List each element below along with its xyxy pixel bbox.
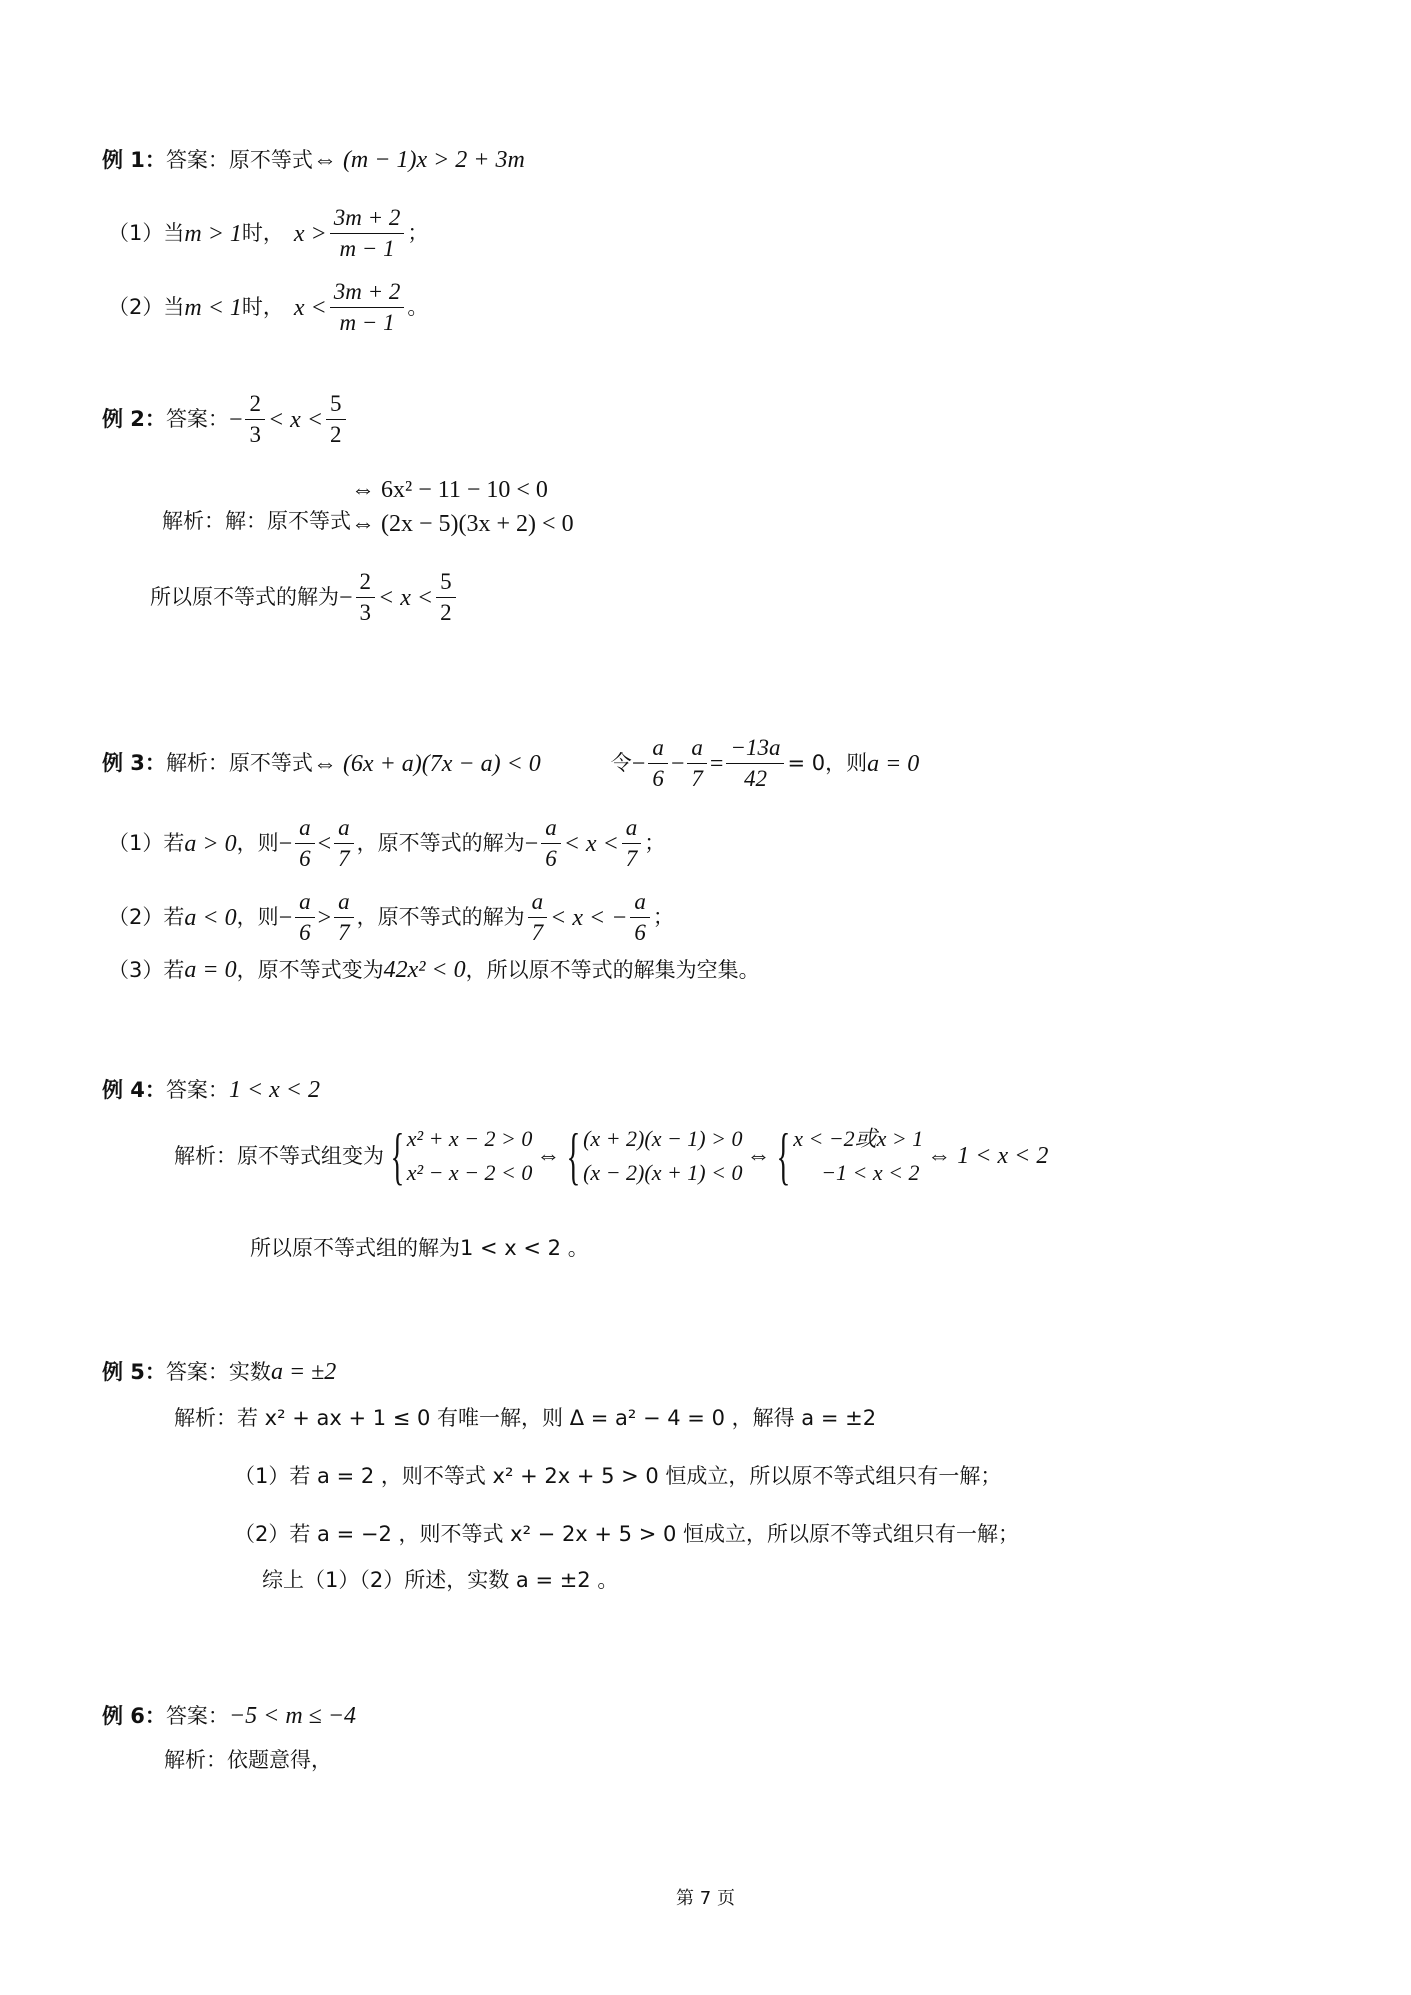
fraction: a6 [541,816,561,871]
let-prefix: 令 [611,753,632,774]
example-2-answer: 例 2： 答案： − 2 3 < x < 5 2 [102,392,349,447]
numerator: −13a [726,736,784,764]
example-5-summary: 综上（1）（2）所述，实数 a = ±2 。 [262,1570,618,1591]
fraction: a 7 [687,736,707,791]
example-4-answer: 例 4： 答案： 1 < x < 2 [102,1078,320,1102]
fraction: 5 2 [436,570,456,625]
brace-icon: { [390,1124,404,1188]
example-5-analysis: 解析：若 x² + ax + 1 ≤ 0 有唯一解，则 Δ = a² − 4 =… [174,1408,876,1429]
equivalence: ⇔ [746,1144,770,1168]
example-label: 例 6： [102,1706,166,1727]
derivation-step: ⇔ (2x − 5)(3x + 2) < 0 [351,512,574,536]
example-4-conclusion: 所以原不等式组的解为1 < x < 2 。 [250,1238,589,1259]
analysis-prefix: 解析：解：原不等式 [162,511,351,532]
example-5-answer: 例 5： 答案：实数 a = ±2 [102,1360,336,1384]
derivation-steps: ⇔ 6x² − 11 − 10 < 0 ⇔ (2x − 5)(3x + 2) <… [351,478,574,536]
summary: 综上（1）（2）所述，实数 a = ±2 。 [262,1570,618,1591]
denominator: 3 [356,598,376,625]
fraction: a7 [334,890,354,945]
numerator: 3m + 2 [330,206,405,234]
answer-prefix: 答案： [166,1080,229,1101]
brace-icon: { [567,1124,581,1188]
equivalence: ⇔ [536,1144,560,1168]
minus-sign: − [632,752,646,776]
denominator: m − 1 [336,234,399,261]
case-text: 时， [242,297,284,318]
condition: m > 1 [184,222,242,246]
condition: a < 0 [184,906,236,930]
case-text: （1）若 a = 2 ，则不等式 x² + 2x + 5 > 0 恒成立，所以原… [234,1466,1001,1487]
denominator: m − 1 [336,308,399,335]
answer-prefix: 答案： [166,1706,229,1727]
numerator: 2 [356,570,376,598]
minus-sign: − [671,752,685,776]
math-expression: < x < [378,586,433,610]
numerator: 2 [245,392,265,420]
punctuation: ； [644,833,665,854]
denominator: 2 [436,598,456,625]
final-result: ⇔ 1 < x < 2 [927,1144,1048,1168]
math-expression: −5 < m ≤ −4 [229,1704,356,1728]
solution-prefix: ，原不等式的解为 [357,833,525,854]
example-label: 例 1： [102,150,166,171]
condition: m < 1 [184,296,242,320]
comparison: > [318,906,332,930]
inequality-system: { (x + 2)(x − 1) > 0 (x − 2)(x + 1) < 0 [564,1124,742,1188]
let-tail: = 0，则 [787,753,867,774]
case-prefix: （2）当 [108,297,184,318]
answer-prefix: 答案：实数 [166,1362,271,1383]
case-prefix: （1）若 [108,833,184,854]
math-expression: 42x² < 0 [384,958,466,982]
math-expression: ⇔ (6x + a)(7x − a) < 0 [313,752,541,776]
derivation-step: ⇔ 6x² − 11 − 10 < 0 [351,478,574,502]
example-4-analysis: 解析：原不等式组变为 { x² + x − 2 > 0 x² − x − 2 <… [174,1124,1048,1188]
denominator: 6 [648,764,668,791]
example-5-case-1: （1）若 a = 2 ，则不等式 x² + 2x + 5 > 0 恒成立，所以原… [234,1466,1001,1487]
fraction: a6 [630,890,650,945]
system-row: (x + 2)(x − 1) > 0 [583,1128,742,1150]
brace-icon: { [777,1124,791,1188]
math-result: a = 0 [867,752,919,776]
math-lhs: x < [294,296,327,320]
case-text: ，则 [237,907,279,928]
fraction: −13a 42 [726,736,784,791]
case-prefix: （1）当 [108,223,184,244]
example-label: 例 4： [102,1080,166,1101]
punctuation: ； [653,907,674,928]
denominator: 7 [687,764,707,791]
minus-sign: − [229,408,243,432]
math-lhs: x > [294,222,327,246]
system-row: x < −2或x > 1 [793,1128,923,1150]
answer-prefix: 答案：原不等式 [166,150,313,171]
fraction: a6 [295,816,315,871]
fraction: 5 2 [326,392,346,447]
example-label: 例 2： [102,409,166,430]
example-label: 例 3： [102,753,166,774]
fraction: a7 [528,890,548,945]
case-text: ，则 [237,833,279,854]
example-1-answer: 例 1： 答案：原不等式 ⇔ (m − 1)x > 2 + 3m [102,148,525,172]
minus-sign: − [339,586,353,610]
system-row: (x − 2)(x + 1) < 0 [583,1162,742,1184]
analysis-prefix: 解析：原不等式组变为 [174,1146,384,1167]
punctuation: ； [407,223,428,244]
condition: a = 0 [184,958,236,982]
analysis-prefix: 解析：原不等式 [166,753,313,774]
math-expression: a = ±2 [271,1360,336,1384]
case-text: ，原不等式变为 [237,960,384,981]
page-number: 第 7 页 [0,1884,1411,1910]
numerator: a [648,736,668,764]
fraction: 2 3 [245,392,265,447]
denominator: 3 [245,420,265,447]
solution-prefix: ，原不等式的解为 [357,907,525,928]
math-expression: ⇔ (m − 1)x > 2 + 3m [313,148,525,172]
inequality-system: { x < −2或x > 1 −1 < x < 2 [774,1124,923,1188]
system-row: x² − x − 2 < 0 [407,1162,533,1184]
case-prefix: （2）若 [108,907,184,928]
conclusion-prefix: 所以原不等式的解为 [150,587,339,608]
system-row: −1 < x < 2 [793,1162,923,1184]
numerator: 5 [326,392,346,420]
example-3-case-3: （3）若 a = 0 ，原不等式变为 42x² < 0 ，所以原不等式的解集为空… [108,958,760,982]
case-prefix: （3）若 [108,960,184,981]
example-2-analysis: 解析：解：原不等式 ⇔ 6x² − 11 − 10 < 0 ⇔ (2x − 5)… [162,478,574,536]
example-1-case-2: （2）当 m < 1 时， x < 3m + 2 m − 1 。 [108,280,428,335]
conclusion: 所以原不等式组的解为1 < x < 2 。 [250,1238,589,1259]
example-5-case-2: （2）若 a = −2 ，则不等式 x² − 2x + 5 > 0 恒成立，所以… [234,1524,1019,1545]
analysis: 解析：若 x² + ax + 1 ≤ 0 有唯一解，则 Δ = a² − 4 =… [174,1408,876,1429]
numerator: a [687,736,707,764]
condition: a > 0 [184,832,236,856]
fraction: 3m + 2 m − 1 [330,280,405,335]
case-text: 时， [242,223,284,244]
example-2-conclusion: 所以原不等式的解为 − 2 3 < x < 5 2 [150,570,459,625]
case-text: （2）若 a = −2 ，则不等式 x² − 2x + 5 > 0 恒成立，所以… [234,1524,1019,1545]
example-6-analysis: 解析：依题意得， [164,1750,332,1771]
example-6-answer: 例 6： 答案： −5 < m ≤ −4 [102,1704,356,1728]
analysis: 解析：依题意得， [164,1750,332,1771]
system-row: x² + x − 2 > 0 [407,1128,533,1150]
answer-prefix: 答案： [166,409,229,430]
example-3-case-1: （1）若 a > 0 ，则 − a6 < a7 ，原不等式的解为 − a6 < … [108,816,665,871]
fraction: 2 3 [356,570,376,625]
comparison: < [318,832,332,856]
denominator: 2 [326,420,346,447]
case-text: ，所以原不等式的解集为空集。 [466,960,760,981]
example-label: 例 5： [102,1362,166,1383]
numerator: 3m + 2 [330,280,405,308]
denominator: 42 [740,764,771,791]
math-expression: 1 < x < 2 [229,1078,320,1102]
inequality-system: { x² + x − 2 > 0 x² − x − 2 < 0 [388,1124,532,1188]
fraction: a 6 [648,736,668,791]
fraction: a7 [334,816,354,871]
fraction: 3m + 2 m − 1 [330,206,405,261]
math-expression: < x < [268,408,323,432]
example-1-case-1: （1）当 m > 1 时， x > 3m + 2 m − 1 ； [108,206,428,261]
example-3-analysis: 例 3： 解析：原不等式 ⇔ (6x + a)(7x − a) < 0 令 − … [102,736,919,791]
fraction: a6 [295,890,315,945]
numerator: 5 [436,570,456,598]
punctuation: 。 [407,297,428,318]
example-3-case-2: （2）若 a < 0 ，则 − a6 > a7 ，原不等式的解为 a7 < x … [108,890,674,945]
fraction: a7 [622,816,642,871]
equals-sign: = [710,752,724,776]
